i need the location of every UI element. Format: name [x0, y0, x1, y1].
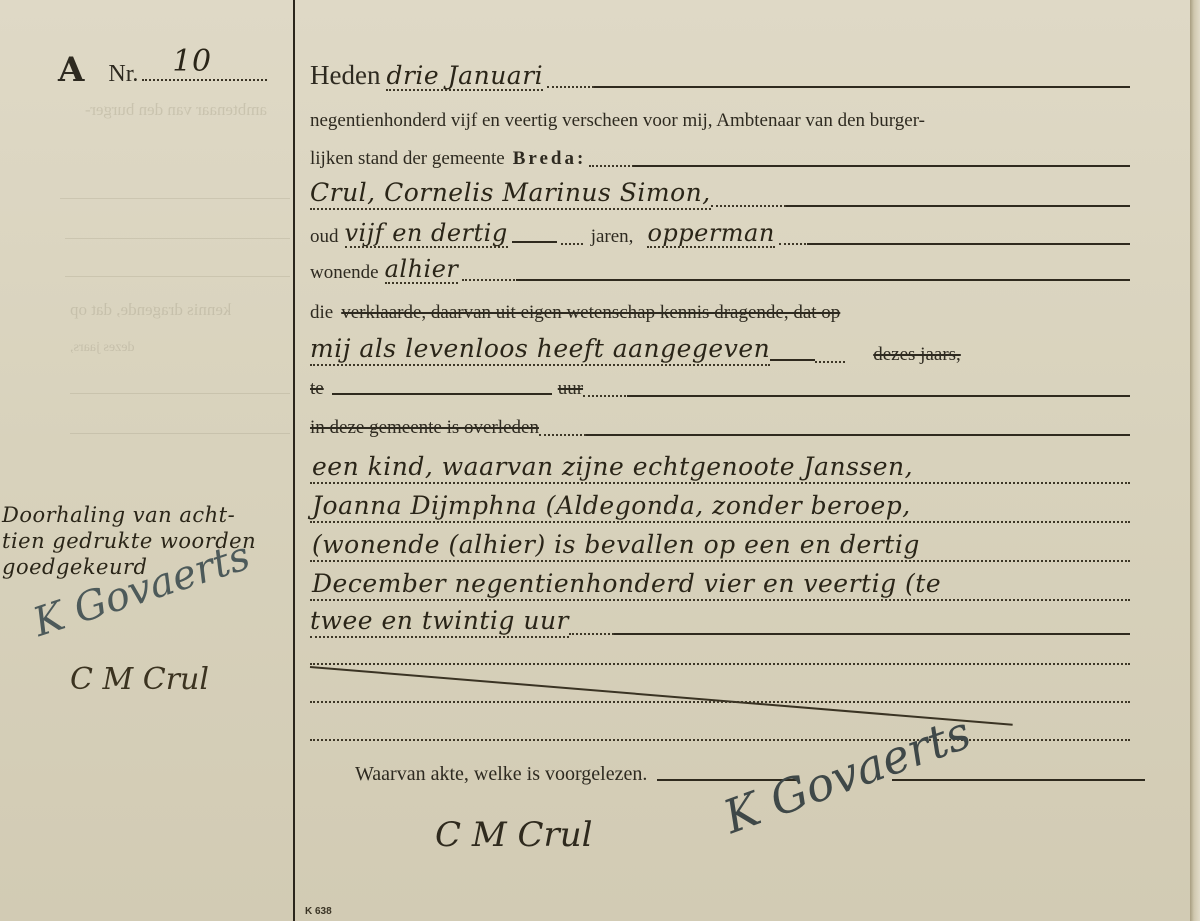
- struck-dezes-jaars: dezes jaars,: [873, 344, 961, 366]
- struck-printed-text: verklaarde, daarvan uit eigen wetenschap…: [341, 302, 840, 324]
- handwritten-age: vijf en dertig: [345, 220, 508, 248]
- handwritten-date: drie Januari: [386, 63, 543, 91]
- line-body-1: een kind, waarvan zijne echtgenoote Jans…: [310, 448, 1130, 484]
- line-deceased-here: in deze gemeente is overleden: [310, 411, 1130, 439]
- number-label: Nr.: [108, 61, 138, 88]
- fill-line: [892, 779, 1145, 781]
- fill-line: [569, 633, 1130, 635]
- number-field: 10: [142, 53, 267, 81]
- fill-line: [462, 279, 1130, 281]
- margin-divider: [293, 0, 295, 921]
- form-number: K 638: [305, 906, 332, 917]
- printed-jaren: jaren,: [591, 226, 634, 248]
- register-letter: A: [58, 50, 84, 90]
- struck-te: te: [310, 378, 324, 400]
- bleed-line: [70, 433, 290, 434]
- line-body-4: December negentienhonderd vier en veerti…: [310, 565, 1130, 601]
- line-body-2: Joanna Dijmphna (Aldegonda, zonder beroe…: [310, 487, 1130, 523]
- fill-line: [310, 739, 1130, 741]
- line-body-3: (wonende (alhier) is bevallen op een en …: [310, 526, 1130, 562]
- line-time: te uur: [310, 372, 1130, 400]
- fill-line: [547, 86, 1130, 88]
- line-date: Heden drie Januari: [310, 55, 1130, 91]
- fill-line: [310, 663, 1130, 665]
- line-declarant-name: Crul, Cornelis Marinus Simon,: [310, 176, 1130, 210]
- fill-line: [332, 393, 552, 395]
- bleed-line: [65, 276, 290, 277]
- fill-line: [589, 165, 1130, 167]
- struck-printed-text: in deze gemeente is overleden: [310, 417, 539, 439]
- fill-line: [815, 361, 845, 363]
- handwritten-occupation: opperman: [647, 220, 774, 248]
- record-number: A Nr. 10: [58, 50, 267, 90]
- bleed-through-text: ambtenaar van den burger-: [85, 100, 267, 120]
- fill-line: [539, 434, 1130, 436]
- handwritten-body: December negentienhonderd vier en veerti…: [310, 569, 1130, 601]
- handwritten-declaration: mij als levenloos heeft aangegeven: [310, 334, 770, 366]
- fill-line: [711, 205, 1130, 207]
- bleed-line: [65, 238, 290, 239]
- printed-wonende: wonende: [310, 262, 379, 284]
- empty-line: [310, 640, 1130, 668]
- fill-line: [779, 243, 1130, 245]
- handwritten-body: Joanna Dijmphna (Aldegonda, zonder beroe…: [310, 491, 1130, 523]
- fill-line: [583, 395, 1130, 397]
- closing-text: Waarvan akte, welke is voorgelezen.: [355, 763, 647, 786]
- line-declaration: die verklaarde, daarvan uit eigen wetens…: [310, 296, 1130, 324]
- line-residence: wonende alhier: [310, 252, 1130, 284]
- bleed-line: [60, 198, 290, 199]
- handwritten-body: twee en twintig uur: [310, 606, 569, 638]
- printed-oud: oud: [310, 226, 339, 248]
- line-body-5: twee en twintig uur: [310, 602, 1130, 638]
- handwritten-body: een kind, waarvan zijne echtgenoote Jans…: [310, 452, 1130, 484]
- printed-heden: Heden: [310, 60, 380, 91]
- line-year: negentienhonderd vijf en veertig versche…: [310, 104, 1130, 132]
- bleed-through-text: dezes jaars,: [70, 340, 135, 356]
- line-municipality: lijken stand der gemeente Breda :: [310, 142, 1130, 170]
- printed-text: negentienhonderd vijf en veertig versche…: [310, 110, 925, 132]
- margin-note-line: tien gedrukte woorden: [2, 528, 292, 554]
- bleed-through-text: kennis dragende, dat op: [70, 300, 231, 320]
- fill-line: [512, 241, 557, 243]
- printed-die: die: [310, 302, 333, 324]
- bleed-line: [70, 393, 290, 394]
- empty-line: [310, 716, 1130, 744]
- page-edge: [1190, 0, 1200, 921]
- struck-uur: uur: [558, 378, 583, 400]
- margin-note-line: Doorhaling van acht-: [2, 502, 292, 528]
- municipality-name: Breda: [513, 148, 577, 170]
- handwritten-residence: alhier: [385, 256, 459, 284]
- printed-text: lijken stand der gemeente: [310, 148, 505, 170]
- fill-line: [561, 243, 583, 245]
- line-age-occupation: oud vijf en dertig jaren, opperman: [310, 216, 1130, 248]
- fill-line: [770, 359, 815, 361]
- signature-declarant-margin: C M Crul: [70, 662, 209, 697]
- empty-line: [310, 678, 1130, 706]
- number-value: 10: [172, 44, 211, 79]
- signature-declarant: C M Crul: [435, 815, 592, 855]
- handwritten-declarant-name: Crul, Cornelis Marinus Simon,: [310, 178, 711, 210]
- line-stillborn-declaration: mij als levenloos heeft aangegeven dezes…: [310, 332, 1130, 366]
- handwritten-body: (wonende (alhier) is bevallen op een en …: [310, 530, 1130, 562]
- colon: :: [577, 148, 583, 170]
